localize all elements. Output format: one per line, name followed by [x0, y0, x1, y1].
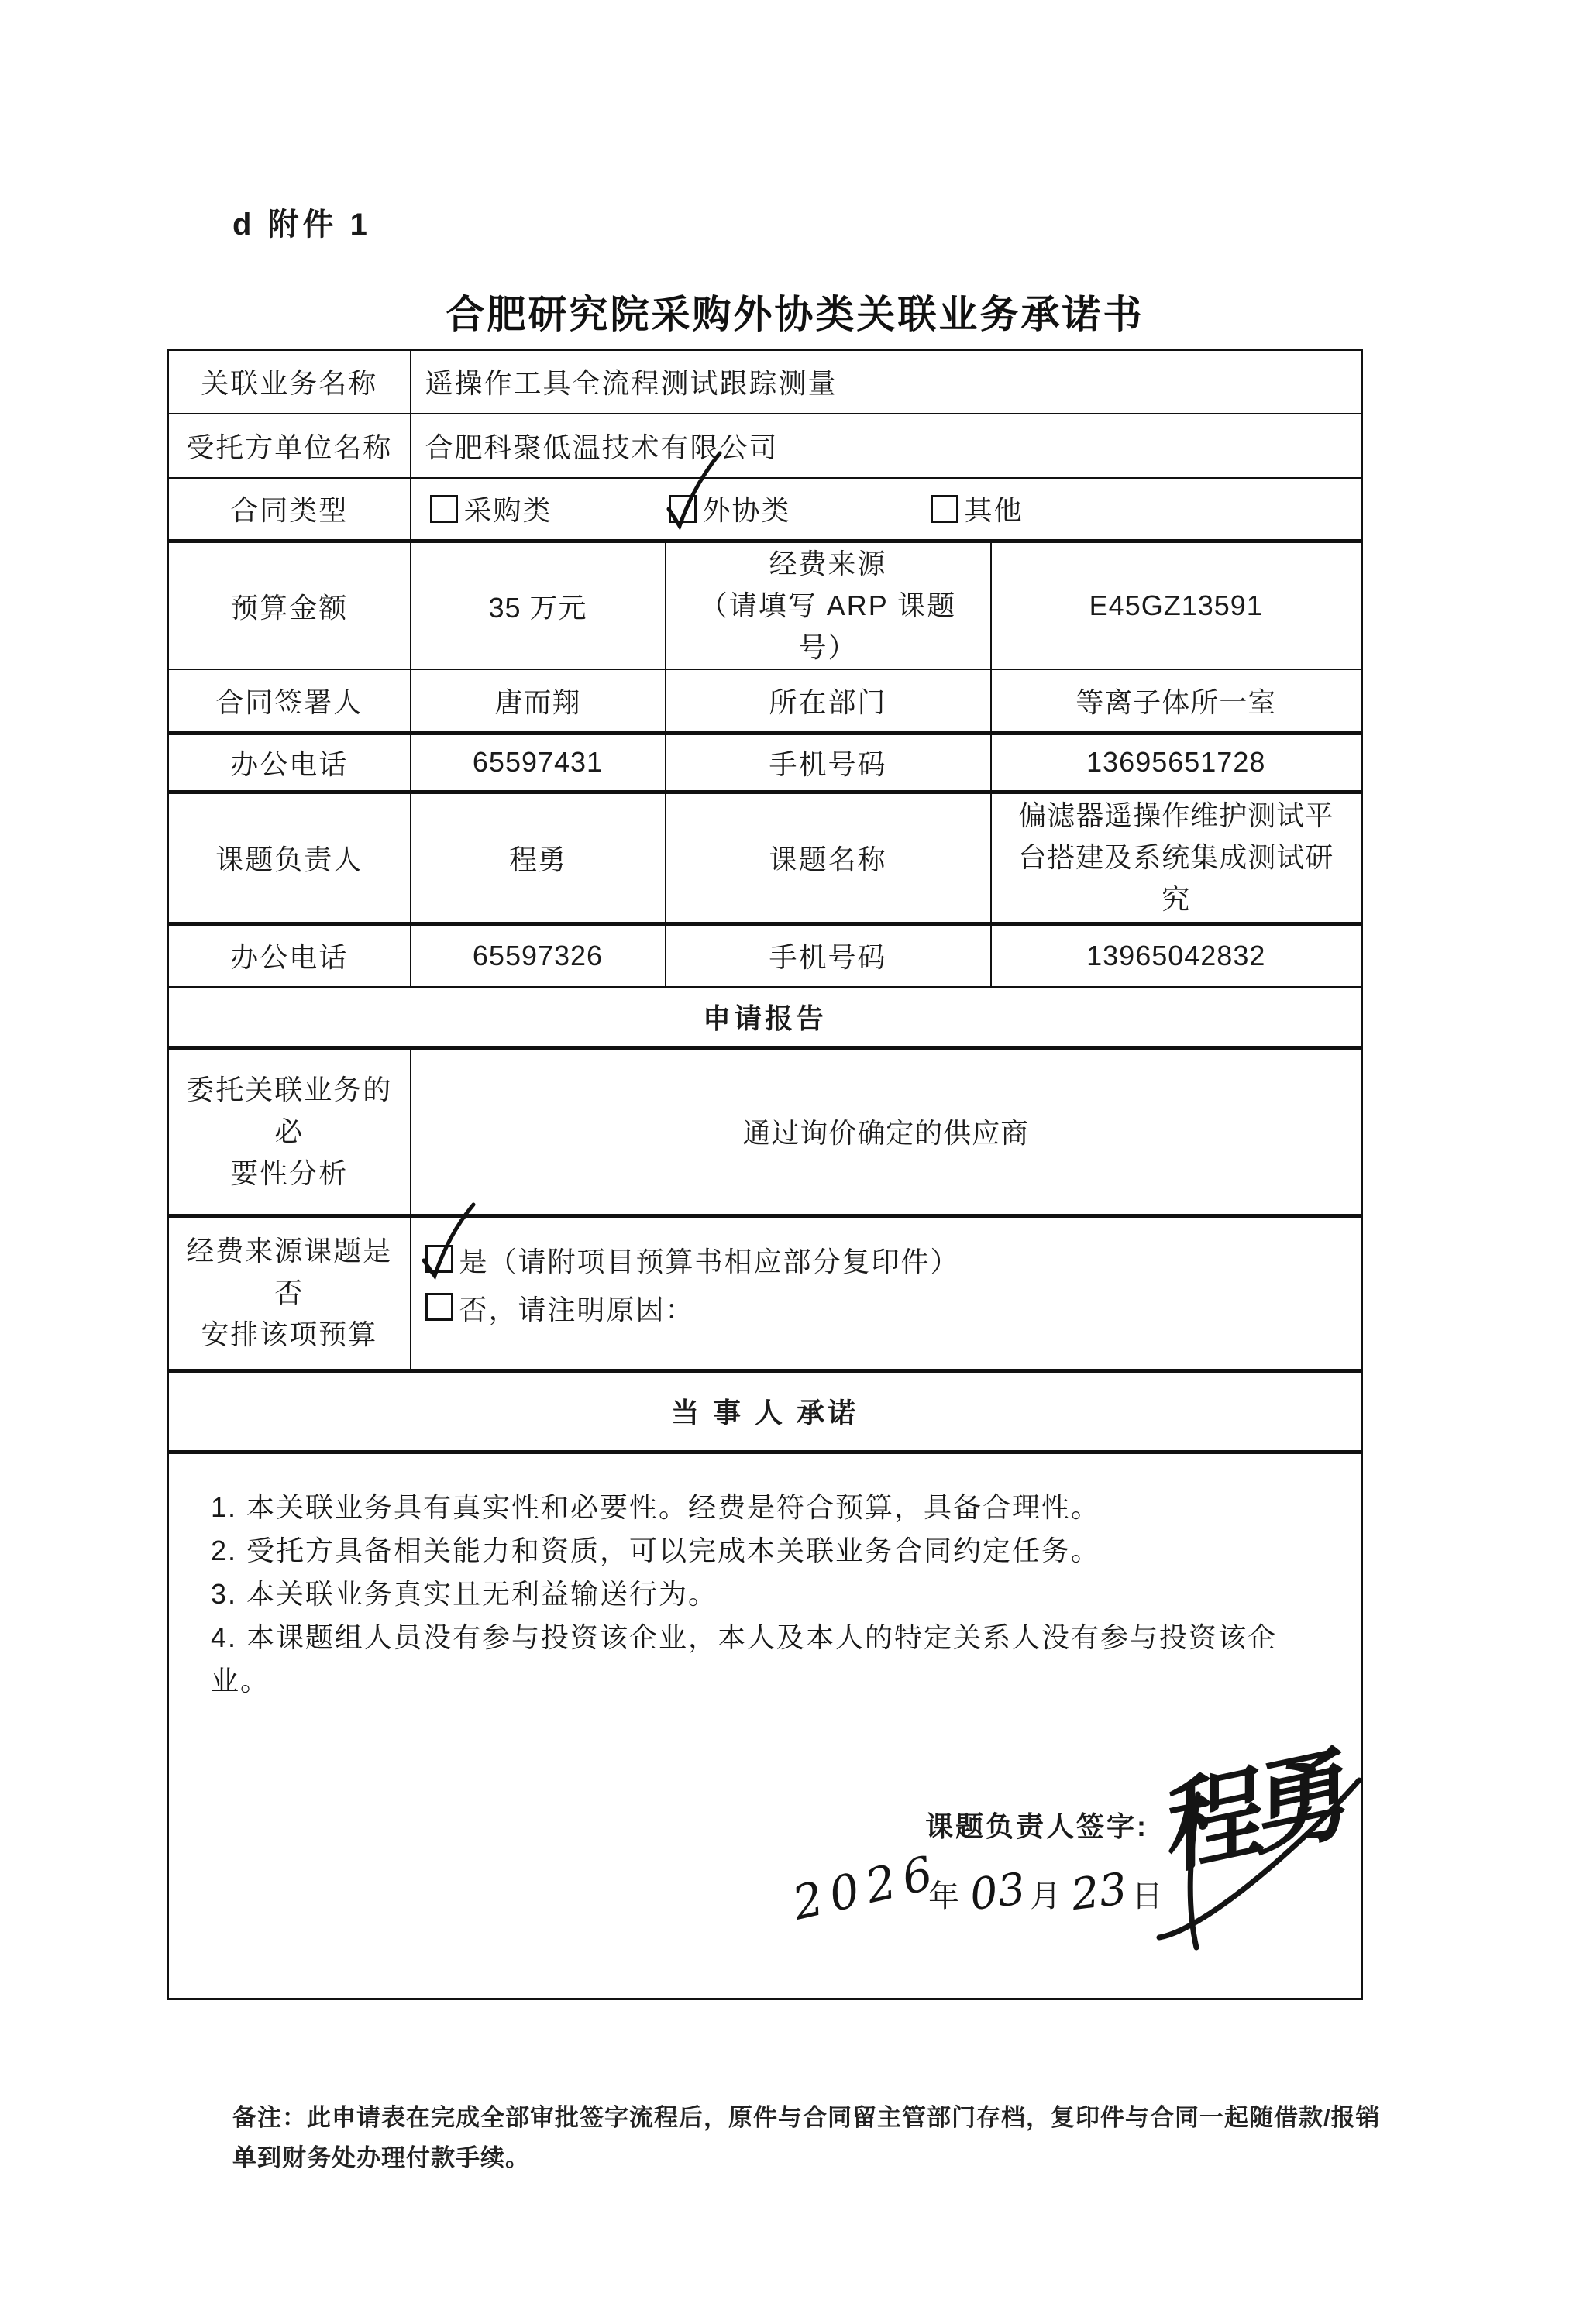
option-other-label: 其他	[965, 489, 1024, 528]
option-yes: 是（请附项目预算书相应部分复印件）	[425, 1245, 1347, 1279]
row-signer-phones: 办公电话 65597431 手机号码 13695651728	[168, 733, 1362, 792]
trustee-name-label: 受托方单位名称	[168, 414, 411, 478]
option-yes-label: 是（请附项目预算书相应部分复印件）	[459, 1245, 960, 1279]
budget-arranged-options: 是（请附项目预算书相应部分复印件） 否，请注明原因：	[411, 1215, 1362, 1370]
contract-type-options: 采购类 外协类 其他	[411, 478, 1362, 541]
row-contract-signer: 合同签署人 唐而翔 所在部门 等离子体所一室	[168, 669, 1362, 733]
commitment-form-table: 关联业务名称 遥操作工具全流程测试跟踪测量 受托方单位名称 合肥科聚低温技术有限…	[167, 349, 1363, 2000]
signature-label: 课题负责人签字:	[925, 1805, 1148, 1844]
signer-label: 合同签署人	[168, 669, 411, 733]
row-contract-type: 合同类型 采购类 外协类	[168, 478, 1362, 541]
commitment-list: 1. 本关联业务具有真实性和必要性。经费是符合预算，具备合理性。 2. 受托方具…	[183, 1455, 1347, 1703]
leader-label: 课题负责人	[168, 792, 411, 923]
row-project-leader: 课题负责人 程勇 课题名称 偏滤器遥操作维护测试平 台搭建及系统集成测试研 究	[168, 792, 1362, 923]
option-no: 否，请注明原因：	[425, 1293, 1347, 1327]
trustee-name-value: 合肥科聚低温技术有限公司	[411, 414, 1362, 478]
row-budget: 预算金额 35 万元 经费来源 （请填写 ARP 课题号） E45GZ13591	[168, 541, 1362, 670]
signer-name: 唐而翔	[411, 669, 666, 733]
checkbox-other	[931, 495, 958, 523]
signer-mobile: 13695651728	[991, 733, 1362, 792]
contract-type-label: 合同类型	[168, 478, 411, 541]
checkmark-icon	[662, 449, 728, 535]
checkbox-no	[425, 1293, 453, 1321]
handwritten-year: 2026	[788, 1844, 946, 1931]
funding-source-label: 经费来源 （请填写 ARP 课题号）	[666, 541, 991, 670]
checkbox-purchase	[430, 495, 458, 523]
checkbox-yes-checked	[425, 1245, 453, 1273]
year-character: 年	[928, 1879, 961, 1913]
necessity-value: 通过询价确定的供应商	[411, 1047, 1362, 1215]
document-title: 合肥研究院采购外协类关联业务承诺书	[0, 284, 1590, 339]
commitment-item-3: 3. 本关联业务真实且无利益输送行为。	[211, 1573, 1328, 1616]
row-trustee-name: 受托方单位名称 合肥科聚低温技术有限公司	[168, 414, 1362, 478]
leader-mobile-label: 手机号码	[666, 923, 991, 987]
signer-office-phone: 65597431	[411, 733, 666, 792]
department-value: 等离子体所一室	[991, 669, 1362, 733]
checkbox-outsourcing-checked	[669, 495, 697, 523]
row-budget-arranged: 经费来源课题是否 安排该项预算 是（请附项目预算书相应部分复印件） 否，请注明原…	[168, 1215, 1362, 1370]
project-name-value: 偏滤器遥操作维护测试平 台搭建及系统集成测试研 究	[991, 792, 1362, 923]
checkmark-icon	[419, 1198, 484, 1285]
option-purchase-label: 采购类	[464, 489, 552, 528]
project-name-label: 课题名称	[666, 792, 991, 923]
commitment-item-4: 4. 本课题组人员没有参与投资该企业，本人及本人的特定关系人没有参与投资该企业。	[211, 1616, 1328, 1703]
application-report-header: 申请报告	[168, 987, 1362, 1047]
business-name-label: 关联业务名称	[168, 350, 411, 414]
arp-project-number: E45GZ13591	[991, 541, 1362, 670]
signer-office-phone-label: 办公电话	[168, 733, 411, 792]
leader-name: 程勇	[411, 792, 666, 923]
necessity-label: 委托关联业务的必 要性分析	[168, 1047, 411, 1215]
row-necessity: 委托关联业务的必 要性分析 通过询价确定的供应商	[168, 1047, 1362, 1215]
commitment-item-2: 2. 受托方具备相关能力和资质，可以完成本关联业务合同约定任务。	[211, 1529, 1328, 1573]
handwritten-month: 03	[967, 1863, 1028, 1920]
business-name-value: 遥操作工具全流程测试跟踪测量	[411, 350, 1362, 414]
leader-mobile: 13965042832	[991, 923, 1362, 987]
scanned-document-page: d 附件 1 合肥研究院采购外协类关联业务承诺书 关联业务名称 遥操作工具全流程…	[0, 0, 1590, 2324]
option-purchase: 采购类	[430, 489, 552, 528]
signature-stroke	[1151, 1771, 1384, 1965]
row-party-commitment-header: 当 事 人 承诺	[168, 1370, 1362, 1452]
commitment-item-1: 1. 本关联业务具有真实性和必要性。经费是符合预算，具备合理性。	[211, 1486, 1328, 1529]
signature-date-line: 年03月23日	[928, 1867, 1172, 1917]
option-outsourcing: 外协类	[669, 489, 791, 528]
handwritten-day: 23	[1069, 1863, 1131, 1920]
leader-office-phone-label: 办公电话	[168, 923, 411, 987]
option-no-label: 否，请注明原因：	[459, 1293, 695, 1327]
signer-mobile-label: 手机号码	[666, 733, 991, 792]
footer-note: 备注：此申请表在完成全部审批签字流程后，原件与合同留主管部门存档，复印件与合同一…	[232, 2098, 1410, 2178]
option-other: 其他	[931, 489, 1024, 528]
row-business-name: 关联业务名称 遥操作工具全流程测试跟踪测量	[168, 350, 1362, 414]
budget-label: 预算金额	[168, 541, 411, 670]
row-application-report-header: 申请报告	[168, 987, 1362, 1047]
commitments-signature-cell: 1. 本关联业务具有真实性和必要性。经费是符合预算，具备合理性。 2. 受托方具…	[168, 1452, 1362, 1999]
row-commitments-signature: 1. 本关联业务具有真实性和必要性。经费是符合预算，具备合理性。 2. 受托方具…	[168, 1452, 1362, 1999]
budget-amount: 35 万元	[411, 541, 666, 670]
budget-arranged-label: 经费来源课题是否 安排该项预算	[168, 1215, 411, 1370]
row-leader-phones: 办公电话 65597326 手机号码 13965042832	[168, 923, 1362, 987]
month-character: 月	[1030, 1879, 1062, 1913]
department-label: 所在部门	[666, 669, 991, 733]
party-commitment-header: 当 事 人 承诺	[168, 1370, 1362, 1452]
leader-office-phone: 65597326	[411, 923, 666, 987]
attachment-label: d 附件 1	[232, 200, 371, 244]
